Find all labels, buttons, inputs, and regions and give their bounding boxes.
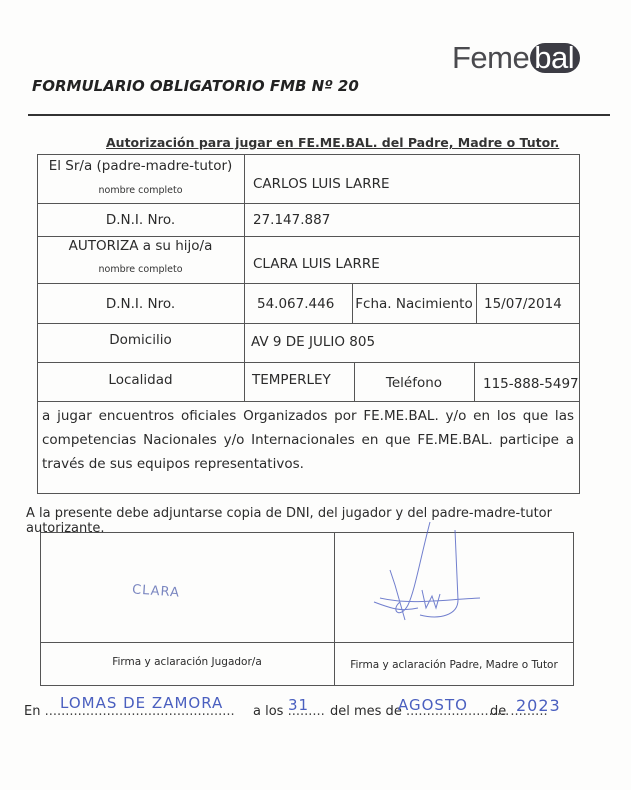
authorization-text: a jugar encuentros oficiales Organizados…	[42, 404, 574, 476]
year-field[interactable]: 2023	[516, 696, 561, 715]
table-row-divider	[37, 236, 580, 237]
table-col-divider	[244, 154, 245, 401]
a-los-label: a los	[253, 704, 283, 719]
parent-dni-field[interactable]: 27.147.887	[253, 212, 330, 228]
child-dni-label: D.N.I. Nro.	[37, 296, 244, 312]
city-field[interactable]: TEMPERLEY	[252, 372, 331, 388]
table-row-divider	[37, 401, 580, 402]
logo-pill: bal	[530, 43, 580, 73]
day-field[interactable]: 31	[288, 696, 309, 714]
table-col-divider	[476, 283, 477, 323]
parent-signature[interactable]	[360, 520, 500, 630]
child-dni-field[interactable]: 54.067.446	[257, 296, 334, 312]
child-label: AUTORIZA a su hijo/a	[37, 238, 244, 254]
table-row-divider	[37, 283, 580, 284]
place-field[interactable]: LOMAS DE ZAMORA	[60, 694, 223, 712]
birth-date-label: Fcha. Nacimiento	[352, 296, 476, 312]
femebal-logo: Femebal	[452, 40, 580, 76]
logo-text: Feme	[452, 40, 529, 76]
player-signature-caption: Firma y aclaración Jugador/a	[40, 656, 334, 668]
form-title: FORMULARIO OBLIGATORIO FMB Nº 20	[32, 77, 359, 95]
table-row-divider	[37, 362, 580, 363]
month-field[interactable]: AGOSTO	[398, 696, 468, 714]
child-name-field[interactable]: CLARA LUIS LARRE	[253, 256, 380, 272]
phone-field[interactable]: 115-888-5497	[483, 376, 579, 392]
birth-date-field[interactable]: 15/07/2014	[484, 296, 562, 312]
en-label: En	[24, 704, 40, 719]
parent-signature-caption: Firma y aclaración Padre, Madre o Tutor	[334, 659, 574, 671]
address-label: Domicilio	[37, 332, 244, 348]
table-row-divider	[37, 203, 580, 204]
form-subtitle: Autorización para jugar en FE.ME.BAL. de…	[106, 135, 559, 150]
phone-label: Teléfono	[354, 375, 474, 391]
header-divider	[28, 114, 610, 116]
child-sublabel: nombre completo	[37, 264, 244, 275]
del-mes-label: del mes de	[330, 704, 402, 719]
table-col-divider	[474, 362, 475, 401]
table-row-divider	[37, 323, 580, 324]
parent-sublabel: nombre completo	[37, 185, 244, 196]
parent-name-field[interactable]: CARLOS LUIS LARRE	[253, 176, 390, 192]
address-field[interactable]: AV 9 DE JULIO 805	[251, 334, 375, 350]
signature-row-divider	[40, 642, 574, 643]
parent-label: El Sr/a (padre-madre-tutor)	[37, 158, 244, 174]
de-label: de	[490, 704, 506, 719]
city-label: Localidad	[37, 372, 244, 388]
parent-dni-label: D.N.I. Nro.	[37, 212, 244, 228]
